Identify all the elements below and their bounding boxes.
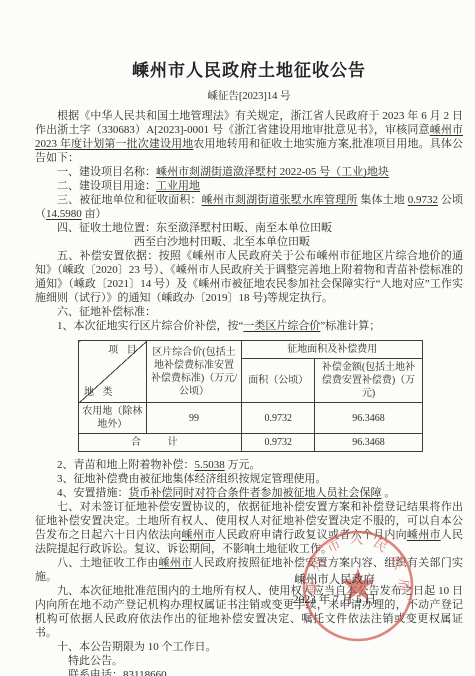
text-segment: 5.5038 [195, 459, 225, 471]
paragraph-item6-standard: 六、征地补偿标准： [35, 305, 463, 319]
text-segment: 一、建设项目名称： [57, 166, 156, 178]
text-segment: 万元。 [225, 459, 261, 471]
text-segment: 十、本公告期限为 10 个工作日。 [57, 641, 217, 653]
text-segment: 四、征收土地位置：东至潋泽墅村田畈、南至本单位田畈 [57, 222, 332, 234]
text-segment: 4、安置措施： [57, 487, 129, 499]
text-segment: 货币补偿同时对符合条件者参加被征地人员社会保障 [129, 487, 382, 499]
text-segment: 工业用地 [156, 180, 200, 192]
signature-name: 嵊州市人民政府 [262, 570, 407, 590]
paragraph-item2-land-use: 二、建设项目用途：工业用地 [35, 179, 463, 193]
header-area: 面积（公顷） [242, 359, 315, 403]
paragraph-phone: 联系电话：83118660 [35, 668, 463, 676]
total-area: 0.9732 [242, 434, 315, 452]
text-segment: 14.5980 [46, 208, 82, 220]
table-header-row-1: 项 目 地 类 区片综合价(包括土地补偿费标准安置补偿费标准)（万元/公顷） 征… [79, 341, 423, 359]
paragraph-sub3-management: 3、征地补偿费由被征地集体经济组织按规定管理使用。 [35, 472, 463, 486]
paragraph-closing: 特此公告。 [35, 654, 463, 668]
text-segment: 2、青苗和地上附着物补偿： [57, 459, 195, 471]
document-number: 嵊征告[2023]14 号 [35, 88, 463, 103]
cell-amount: 96.3468 [315, 403, 423, 434]
text-segment: 3、征地补偿费由被征地集体经济组织按规定管理使用。 [57, 473, 327, 485]
text-segment: 0.9732 [408, 194, 438, 206]
total-amount: 96.3468 [315, 434, 423, 452]
paragraph-item10-duration: 十、本公告期限为 10 个工作日。 [35, 640, 463, 654]
paragraph-item3-unit-area: 三、被征地单位和征收面积：嵊州市剡湖街道张墅水库管理所 集体土地 0.9732 … [35, 193, 463, 221]
text-segment: 嵊州市剡湖街道潋泽墅村 2022-05 号（工业)地块 [156, 166, 389, 178]
corner-label-project: 项 目 [108, 344, 140, 357]
paragraph-item4-location: 四、征收土地位置：东至潋泽墅村田畈、南至本单位田畈西至白沙地村田畈、北至本单位田… [35, 221, 463, 249]
signature-block: 嵊州市人民政府 2023 年 7 月 5 日 [262, 570, 407, 610]
text-segment: 联系电话：83118660 [68, 669, 167, 676]
table-total-row: 合 计 0.9732 96.3468 [79, 434, 423, 452]
page-title: 嵊州市人民政府土地征收公告 [35, 56, 463, 81]
text-segment: 嵊州市剡湖街道张墅水库管理所 [202, 194, 358, 206]
text-segment: 集体土地 [357, 194, 407, 206]
text-segment: 1、本次征地实行区片综合价补偿，按“ [57, 320, 243, 332]
text-segment: 八、土地征收工作由 [57, 557, 159, 569]
header-price: 区片综合价(包括土地补偿费标准安置补偿费标准)（万元/公顷） [146, 341, 242, 403]
paragraph-intro: 根据《中华人民共和国土地管理法》有关规定，浙江省人民政府于 2023 年 6 月… [35, 109, 463, 165]
text-segment: 二、建设项目用途： [57, 180, 156, 192]
cell-category: 农用地（除林地外） [79, 403, 147, 434]
announcement-page: 嵊州市人民政府土地征收公告 嵊征告[2023]14 号 根据《中华人民共和国土地… [0, 0, 475, 676]
text-segment: 嵊州市 [407, 529, 441, 541]
table-row: 农用地（除林地外） 99 0.9732 96.3468 [79, 403, 423, 434]
text-segment: 特此公告。 [68, 655, 123, 667]
paragraph-item7-appeal: 七、对未签订征地补偿安置协议的，依据征地补偿安置方案和补偿登记结果将作出征地补偿… [35, 500, 463, 556]
text-segment: 三、被征地单位和征收面积： [57, 194, 202, 206]
corner-header-cell: 项 目 地 类 [79, 341, 147, 403]
header-amount: 补偿金额(包括土地补偿费安置补偿费)（万元) [315, 359, 423, 403]
text-segment: 。 [382, 487, 396, 499]
text-segment: 六、征地补偿标准： [57, 306, 156, 318]
paragraph-sub1-comprehensive-price: 1、本次征地实行区片综合价补偿，按“一类区片综合价”标准计算； [35, 319, 463, 333]
header-group-area-fee: 征地面积及补偿费用 [242, 341, 423, 359]
compensation-table: 项 目 地 类 区片综合价(包括土地补偿费标准安置补偿费标准)（万元/公顷） 征… [78, 340, 423, 452]
paragraph-sub2-seedling: 2、青苗和地上附着物补偿：5.5038 万元。 [35, 458, 463, 472]
text-segment: 嵊州市 [182, 529, 216, 541]
corner-label-landtype: 地 类 [84, 386, 116, 399]
text-segment: 根据《中华人民共和国土地管理法》有关规定，浙江省人民政府于 2023 年 6 月… [35, 110, 463, 136]
cell-area: 0.9732 [242, 403, 315, 434]
total-label: 合 计 [79, 434, 242, 452]
text-segment: ”标准计算； [320, 320, 380, 332]
text-segment: 一类区片综合价 [243, 320, 320, 332]
paragraph-sub4-resettlement: 4、安置措施：货币补偿同时对符合条件者参加被征地人员社会保障 。 [35, 486, 463, 500]
paragraph-item5-basis: 五、补偿安置依据：按照《嵊州市人民政府关于公布嵊州市征地区片综合地价的通知》（嵊… [35, 249, 463, 305]
text-segment: 人民政府申请行政复议或者六个月内向 [215, 529, 407, 541]
text-segment: 西至白沙地村田畈、北至本单位田畈 [134, 236, 310, 248]
text-segment: 嵊州市 [159, 557, 193, 569]
paragraph-item1-project-name: 一、建设项目名称：嵊州市剡湖街道潋泽墅村 2022-05 号（工业)地块 [35, 165, 463, 179]
text-segment: 亩） [82, 208, 107, 220]
cell-price: 99 [146, 403, 242, 434]
signature-date: 2023 年 7 月 5 日 [262, 590, 407, 610]
text-segment: 五、补偿安置依据：按照《嵊州市人民政府关于公布嵊州市征地区片综合地价的通知》（嵊… [35, 250, 463, 304]
